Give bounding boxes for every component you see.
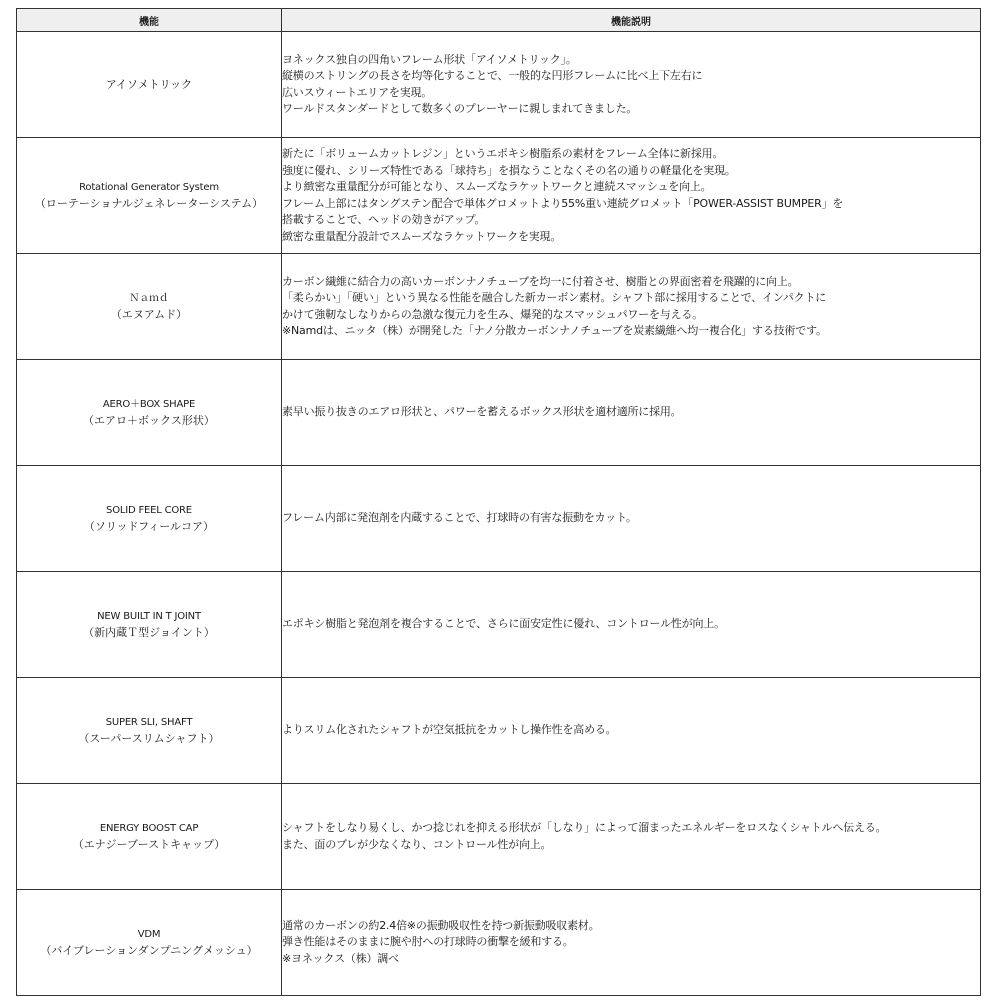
feature-description-cell: 新たに「ボリュームカットレジン」というエポキシ樹脂系の素材をフレーム全体に新採用… bbox=[282, 138, 981, 254]
feature-name-cell: Ｎａｍｄ （エヌアムド） bbox=[17, 254, 282, 360]
description-line: また、面のブレが少なくなり、コントロール性が向上。 bbox=[282, 837, 980, 854]
description-line: ワールドスタンダードとして数多くのプレーヤーに親しまれてきました。 bbox=[282, 101, 980, 118]
description-line: ヨネックス独自の四角いフレーム形状「アイソメトリック」。 bbox=[282, 52, 980, 69]
table-row: Ｎａｍｄ （エヌアムド） カーボン繊維に結合力の高いカーボンナノチューブを均一に… bbox=[17, 254, 981, 360]
feature-name-ja: （新内蔵Ｔ型ジョイント） bbox=[17, 625, 281, 641]
header-row: 機能 機能説明 bbox=[17, 9, 981, 32]
table-row: SUPER SLI, SHAFT （スーパースリムシャフト） よりスリム化された… bbox=[17, 678, 981, 784]
feature-name-ja: （ソリッドフィールコア） bbox=[17, 519, 281, 535]
description-line: 緻密な重量配分設計でスムーズなラケットワークを実現。 bbox=[282, 229, 980, 246]
description-line: シャフトをしなり易くし、かつ捻じれを抑える形状が「しなり」によって溜まったエネル… bbox=[282, 820, 980, 837]
feature-name-cell: Rotational Generator System （ローテーショナルジェネ… bbox=[17, 138, 282, 254]
feature-name-en: VDM bbox=[17, 927, 281, 943]
description-line: 新たに「ボリュームカットレジン」というエポキシ樹脂系の素材をフレーム全体に新採用… bbox=[282, 146, 980, 163]
description-line: フレーム上部にはタングステン配合で単体グロメットより55%重い連続グロメット「P… bbox=[282, 196, 980, 213]
feature-name-ja: （スーパースリムシャフト） bbox=[17, 731, 281, 747]
feature-name-ja: アイソメトリック bbox=[17, 77, 281, 93]
feature-name-cell: AERO＋BOX SHAPE （エアロ＋ボックス形状） bbox=[17, 360, 282, 466]
description-line: ※ヨネックス（株）調べ bbox=[282, 951, 980, 968]
feature-name-en: SOLID FEEL CORE bbox=[17, 503, 281, 519]
description-line: 素早い振り抜きのエアロ形状と、パワーを蓄えるボックス形状を適材適所に採用。 bbox=[282, 404, 980, 421]
table-row: AERO＋BOX SHAPE （エアロ＋ボックス形状） 素早い振り抜きのエアロ形… bbox=[17, 360, 981, 466]
description-line: カーボン繊維に結合力の高いカーボンナノチューブを均一に付着させ、樹脂との界面密着… bbox=[282, 274, 980, 291]
description-line: 通常のカーボンの約2.4倍※の振動吸収性を持つ新振動吸収素材。 bbox=[282, 918, 980, 935]
feature-name-en: SUPER SLI, SHAFT bbox=[17, 715, 281, 731]
table-row: アイソメトリック ヨネックス独自の四角いフレーム形状「アイソメトリック」。 縦横… bbox=[17, 32, 981, 138]
feature-description-cell: ヨネックス独自の四角いフレーム形状「アイソメトリック」。 縦横のストリングの長さ… bbox=[282, 32, 981, 138]
table-row: NEW BUILT IN T JOINT （新内蔵Ｔ型ジョイント） エポキシ樹脂… bbox=[17, 572, 981, 678]
feature-description-cell: 通常のカーボンの約2.4倍※の振動吸収性を持つ新振動吸収素材。 弾き性能はそのま… bbox=[282, 890, 981, 996]
feature-name-cell: アイソメトリック bbox=[17, 32, 282, 138]
feature-name-en: Rotational Generator System bbox=[17, 180, 281, 196]
table-row: VDM （バイブレーションダンプニングメッシュ） 通常のカーボンの約2.4倍※の… bbox=[17, 890, 981, 996]
table-row: SOLID FEEL CORE （ソリッドフィールコア） フレーム内部に発泡剤を… bbox=[17, 466, 981, 572]
feature-name-en: NEW BUILT IN T JOINT bbox=[17, 609, 281, 625]
description-line: 弾き性能はそのままに腕や肘への打球時の衝撃を緩和する。 bbox=[282, 934, 980, 951]
feature-name-en: Ｎａｍｄ bbox=[17, 291, 281, 307]
description-line: より緻密な重量配分が可能となり、スムーズなラケットワークと連続スマッシュを向上。 bbox=[282, 179, 980, 196]
feature-description-cell: よりスリム化されたシャフトが空気抵抗をカットし操作性を高める。 bbox=[282, 678, 981, 784]
feature-name-cell: SOLID FEEL CORE （ソリッドフィールコア） bbox=[17, 466, 282, 572]
feature-description-cell: エポキシ樹脂と発泡剤を複合することで、さらに面安定性に優れ、コントロール性が向上… bbox=[282, 572, 981, 678]
feature-name-cell: SUPER SLI, SHAFT （スーパースリムシャフト） bbox=[17, 678, 282, 784]
description-line: 「柔らかい」「硬い」という異なる性能を融合した新カーボン素材。シャフト部に採用す… bbox=[282, 290, 980, 307]
table-row: ENERGY BOOST CAP （エナジーブーストキャップ） シャフトをしなり… bbox=[17, 784, 981, 890]
header-feature: 機能 bbox=[17, 9, 282, 32]
feature-name-ja: （エナジーブーストキャップ） bbox=[17, 837, 281, 853]
feature-name-en: AERO＋BOX SHAPE bbox=[17, 397, 281, 413]
description-line: よりスリム化されたシャフトが空気抵抗をカットし操作性を高める。 bbox=[282, 722, 980, 739]
feature-name-ja: （ローテーショナルジェネレーターシステム） bbox=[17, 196, 281, 212]
feature-name-ja: （エヌアムド） bbox=[17, 307, 281, 323]
feature-description-cell: 素早い振り抜きのエアロ形状と、パワーを蓄えるボックス形状を適材適所に採用。 bbox=[282, 360, 981, 466]
description-line: 縦横のストリングの長さを均等化することで、一般的な円形フレームに比べ上下左右に bbox=[282, 68, 980, 85]
feature-name-ja: （エアロ＋ボックス形状） bbox=[17, 413, 281, 429]
feature-name-cell: ENERGY BOOST CAP （エナジーブーストキャップ） bbox=[17, 784, 282, 890]
description-line: ※Namdは、ニッタ（株）が開発した「ナノ分散カーボンナノチューブを炭素繊維へ均… bbox=[282, 323, 980, 340]
header-description: 機能説明 bbox=[282, 9, 981, 32]
table-row: Rotational Generator System （ローテーショナルジェネ… bbox=[17, 138, 981, 254]
feature-name-cell: NEW BUILT IN T JOINT （新内蔵Ｔ型ジョイント） bbox=[17, 572, 282, 678]
feature-description-cell: シャフトをしなり易くし、かつ捻じれを抑える形状が「しなり」によって溜まったエネル… bbox=[282, 784, 981, 890]
feature-description-cell: カーボン繊維に結合力の高いカーボンナノチューブを均一に付着させ、樹脂との界面密着… bbox=[282, 254, 981, 360]
description-line: かけて強靭なしなりからの急激な復元力を生み、爆発的なスマッシュパワーを与える。 bbox=[282, 307, 980, 324]
description-line: 強度に優れ、シリーズ特性である「球持ち」を損なうことなくその名の通りの軽量化を実… bbox=[282, 163, 980, 180]
feature-description-cell: フレーム内部に発泡剤を内蔵することで、打球時の有害な振動をカット。 bbox=[282, 466, 981, 572]
description-line: エポキシ樹脂と発泡剤を複合することで、さらに面安定性に優れ、コントロール性が向上… bbox=[282, 616, 980, 633]
feature-table: 機能 機能説明 アイソメトリック ヨネックス独自の四角いフレーム形状「アイソメト… bbox=[16, 8, 981, 996]
description-line: 広いスウィートエリアを実現。 bbox=[282, 85, 980, 102]
feature-name-en: ENERGY BOOST CAP bbox=[17, 821, 281, 837]
feature-name-cell: VDM （バイブレーションダンプニングメッシュ） bbox=[17, 890, 282, 996]
description-line: 搭載することで、ヘッドの効きがアップ。 bbox=[282, 212, 980, 229]
feature-name-ja: （バイブレーションダンプニングメッシュ） bbox=[17, 943, 281, 959]
description-line: フレーム内部に発泡剤を内蔵することで、打球時の有害な振動をカット。 bbox=[282, 510, 980, 527]
